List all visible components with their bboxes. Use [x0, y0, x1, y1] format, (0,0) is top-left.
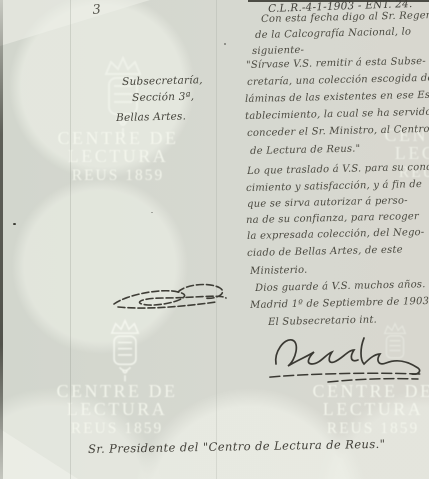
body-line: El Subsecretario int.	[268, 316, 377, 328]
office-line-subsecretaria: Subsecretaría,	[122, 75, 203, 87]
crest-watermark-icon	[96, 316, 154, 390]
body-line: que se sirva autorizar á perso-	[247, 196, 408, 210]
body-line: Con esta fecha digo al Sr. Regente	[261, 11, 429, 25]
footer-address: Sr. Presidente del "Centro de Lectura de…	[88, 439, 385, 456]
fold-crease-line	[70, 0, 71, 479]
signature-autograph-icon	[268, 330, 428, 386]
body-line: de la Calcografía Nacional, lo	[255, 27, 411, 41]
office-line-bellas-artes: Bellas Artes.	[116, 111, 186, 123]
body-line: Madrid 1º de Septiembre de 1903.	[250, 297, 429, 311]
watermark-line2: REUS 1859	[6, 168, 230, 184]
watermark-line2: REUS 1859	[261, 421, 429, 437]
scan-corner-highlight	[0, 0, 150, 46]
body-line: "Sírvase V.S. remitir á esta Subse-	[246, 57, 426, 71]
body-line: Ministerio.	[250, 266, 308, 277]
body-line: siguiente-	[252, 46, 304, 57]
watermark-text: CENTRE DE LECTURA REUS 1859	[6, 129, 230, 184]
body-line: cretaría, una colección escogida de	[247, 74, 429, 88]
scan-corner-highlight	[0, 420, 78, 479]
body-line: na de su confianza, para recoger	[246, 212, 419, 226]
scanned-letter-page: CENTRE DE LECTURA REUS 1859 CENTRE DE LE…	[0, 0, 429, 479]
paper-speck	[224, 43, 226, 45]
body-line: láminas de las existentes en ese Es-	[245, 91, 429, 105]
scan-edge-shadow	[0, 0, 3, 479]
watermark-line1: CENTRE DE LECTURA	[261, 382, 429, 418]
body-line: tablecimiento, la cual se ha servido	[245, 108, 429, 122]
body-line: cimiento y satisfacción, y á fin de	[246, 180, 422, 194]
watermark-line1: CENTRE DE LECTURA	[6, 129, 230, 165]
body-line: de Lectura de Reus."	[250, 144, 361, 157]
watermark-text: CENTRE DE LECTURA REUS 1859	[261, 382, 429, 437]
office-line-seccion: Sección 3ª,	[132, 92, 194, 104]
fold-crease-line	[216, 0, 217, 479]
body-line: Dios guarde á V.S. muchos años.	[255, 280, 426, 294]
watermark-line1: CENTRE DE LECTURA	[5, 382, 229, 418]
body-line: conceder el Sr. Ministro, al Centro	[247, 125, 429, 139]
page-number: 3	[92, 3, 102, 17]
body-line: ciado de Bellas Artes, de este	[247, 245, 403, 259]
watermark-text: CENTRE DE LECTURA REUS 1859	[5, 382, 229, 437]
paper-speck	[151, 212, 153, 213]
body-line: Lo que traslado á V.S. para su cono-	[247, 163, 429, 177]
watermark-line2: REUS 1859	[5, 421, 229, 437]
body-line: la expresada colección, del Nego-	[247, 228, 425, 242]
rubric-flourish-icon	[108, 280, 234, 316]
paper-speck	[13, 223, 16, 225]
